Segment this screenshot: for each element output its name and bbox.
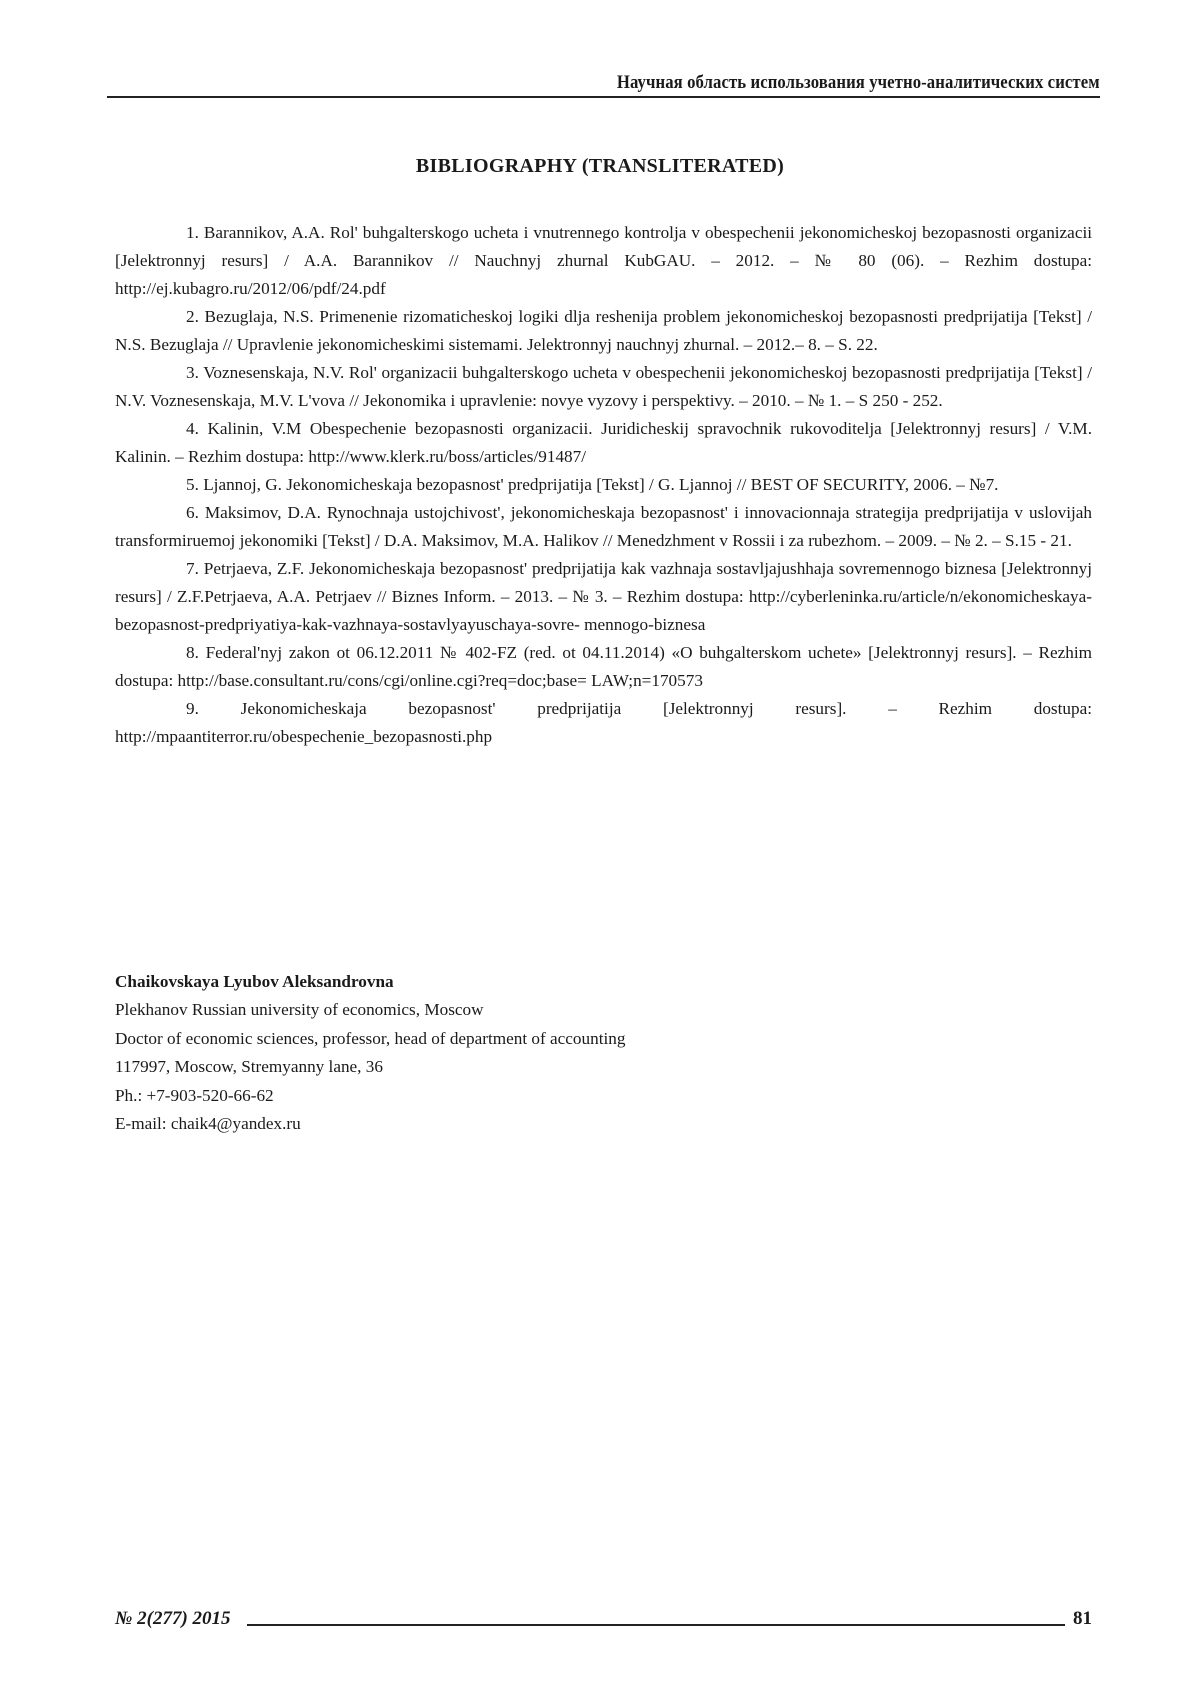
section-title: BIBLIOGRAPHY (TRANSLITERATED)	[0, 155, 1200, 178]
reference-list: 1. Barannikov, A.A. Rol' buhgalterskogo …	[115, 219, 1092, 751]
footer-rule	[247, 1624, 1065, 1626]
page-footer: № 2(277) 2015 81	[115, 1606, 1092, 1630]
author-email: E-mail: chaik4@yandex.ru	[115, 1110, 625, 1138]
issue-number: № 2(277) 2015	[115, 1608, 231, 1630]
reference-item: 5. Ljannoj, G. Jekonomicheskaja bezopasn…	[115, 471, 1092, 499]
reference-item: 8. Federal'nyj zakon ot 06.12.2011 № 402…	[115, 639, 1092, 695]
reference-item: 3. Voznesenskaja, N.V. Rol' organizacii …	[115, 359, 1092, 415]
running-title: Научная область использования учетно-ана…	[617, 72, 1100, 94]
reference-item: 9. Jekonomicheskaja bezopasnost' predpri…	[115, 695, 1092, 751]
author-phone: Ph.: +7-903-520-66-62	[115, 1082, 625, 1110]
running-header: Научная область использования учетно-ана…	[107, 72, 1100, 98]
author-position: Doctor of economic sciences, professor, …	[115, 1025, 625, 1053]
page-number: 81	[1073, 1608, 1092, 1630]
author-name: Chaikovskaya Lyubov Aleksandrovna	[115, 968, 625, 996]
reference-item: 1. Barannikov, A.A. Rol' buhgalterskogo …	[115, 219, 1092, 303]
author-affiliation: Plekhanov Russian university of economic…	[115, 996, 625, 1024]
reference-item: 7. Petrjaeva, Z.F. Jekonomicheskaja bezo…	[115, 555, 1092, 639]
reference-item: 4. Kalinin, V.M Obespechenie bezopasnost…	[115, 415, 1092, 471]
reference-item: 6. Maksimov, D.A. Rynochnaja ustojchivos…	[115, 499, 1092, 555]
author-info: Chaikovskaya Lyubov Aleksandrovna Plekha…	[115, 968, 625, 1138]
reference-item: 2. Bezuglaja, N.S. Primenenie rizomatich…	[115, 303, 1092, 359]
author-address: 117997, Moscow, Stremyanny lane, 36	[115, 1053, 625, 1081]
